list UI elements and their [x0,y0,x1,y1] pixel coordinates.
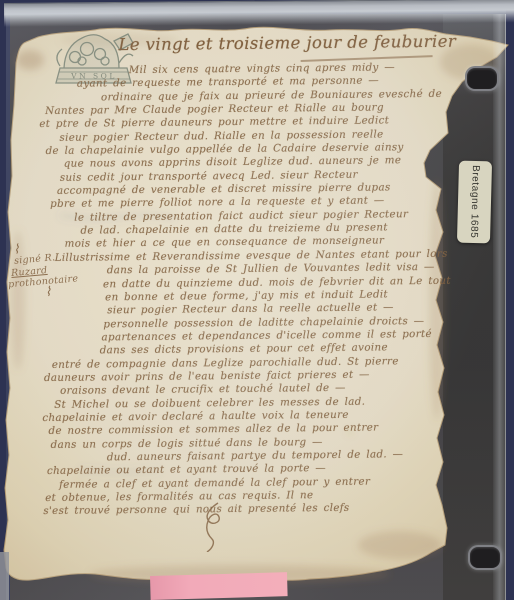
binder-hole-top [465,66,499,91]
manuscript-heading: Le vingt et troisieme jour de feuburier [118,32,456,55]
archived-manuscript-photo: VN SOL Le vingt et troisieme jour de feu… [0,0,514,600]
binder-hole-bottom [468,545,502,570]
archive-label-text: Bretagne 1685 [468,165,481,239]
sleeve-right-edge [493,14,506,600]
archive-label: Bretagne 1685 [457,161,492,244]
margin-note: ⌇ signé R. Ruzard prothonotaire ⌇ [13,240,80,300]
pink-sticky-note [150,572,288,600]
sleeve-top-edge [4,0,514,27]
sleeve-left-edge [0,552,9,600]
notary-paraph [192,500,237,552]
